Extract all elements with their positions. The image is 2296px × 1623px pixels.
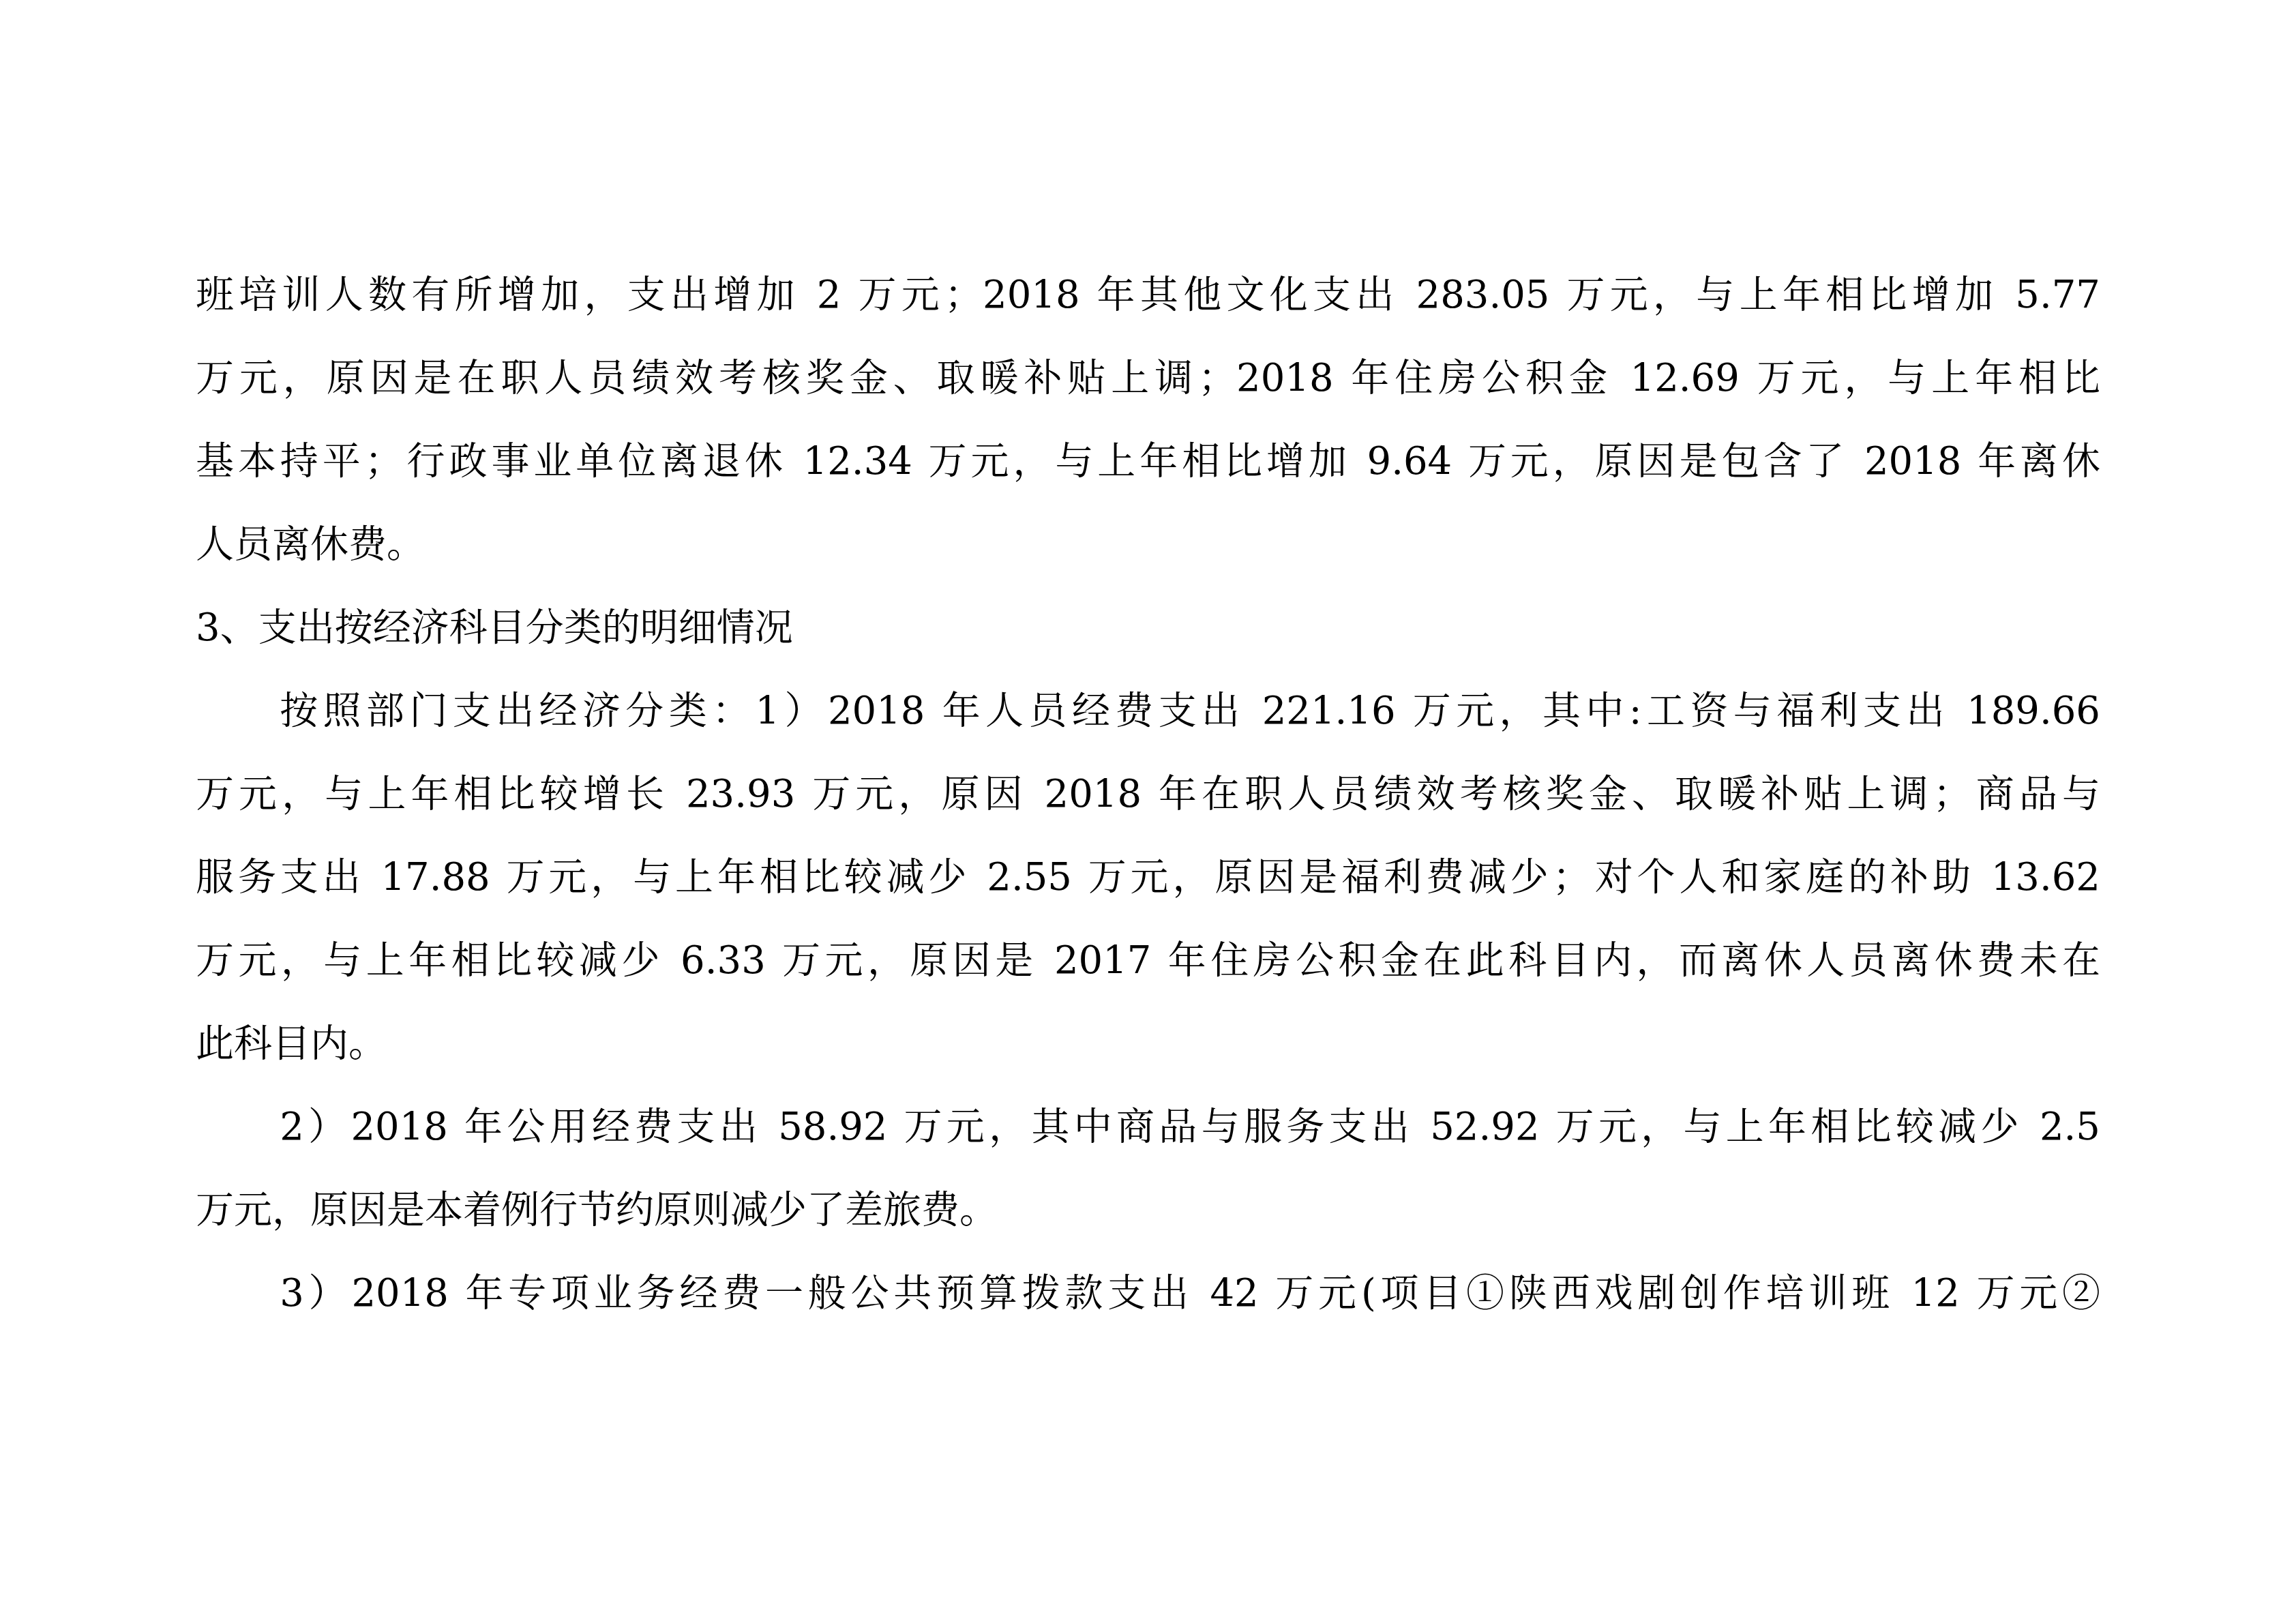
text-line: 班培训人数有所增加，支出增加 2 万元；2018 年其他文化支出 283.05 … — [196, 254, 2100, 337]
text-line: 万元，原因是在职人员绩效考核奖金、取暖补贴上调；2018 年住房公积金 12.6… — [196, 337, 2100, 420]
text-line: 按照部门支出经济分类：1）2018 年人员经费支出 221.16 万元，其中:工… — [196, 670, 2100, 753]
text-line: 2）2018 年公用经费支出 58.92 万元，其中商品与服务支出 52.92 … — [196, 1086, 2100, 1169]
text-line: 万元，与上年相比较增长 23.93 万元，原因 2018 年在职人员绩效考核奖金… — [196, 753, 2100, 836]
text-line: 人员离休费。 — [196, 503, 2100, 586]
text-line: 此科目内。 — [196, 1002, 2100, 1086]
text-line: 基本持平；行政事业单位离退休 12.34 万元，与上年相比增加 9.64 万元，… — [196, 420, 2100, 503]
text-line: 服务支出 17.88 万元，与上年相比较减少 2.55 万元，原因是福利费减少；… — [196, 836, 2100, 919]
text-line: 万元，原因是本着例行节约原则减少了差旅费。 — [196, 1169, 2100, 1252]
document-page: 班培训人数有所增加，支出增加 2 万元；2018 年其他文化支出 283.05 … — [0, 0, 2296, 1623]
section-heading: 3、支出按经济科目分类的明细情况 — [196, 586, 2100, 670]
text-line: 3）2018 年专项业务经费一般公共预算拨款支出 42 万元(项目①陕西戏剧创作… — [196, 1252, 2100, 1335]
text-line: 万元，与上年相比较减少 6.33 万元，原因是 2017 年住房公积金在此科目内… — [196, 919, 2100, 1002]
document-body: 班培训人数有所增加，支出增加 2 万元；2018 年其他文化支出 283.05 … — [196, 254, 2100, 1335]
